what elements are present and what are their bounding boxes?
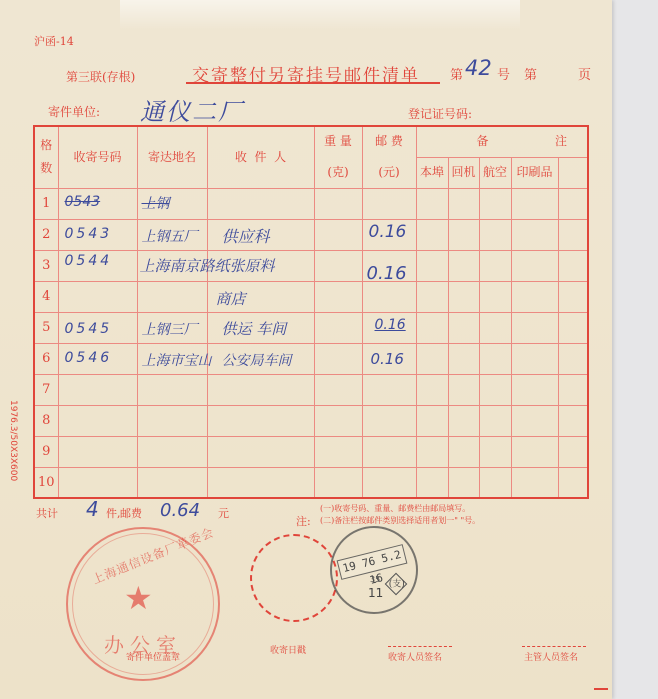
row-index: 6	[34, 343, 58, 374]
weight-cell[interactable]	[314, 188, 362, 219]
header-destination: 寄达地名	[137, 126, 207, 188]
remark-local-cell[interactable]	[416, 436, 448, 467]
remark-airmail-cell[interactable]	[479, 281, 511, 312]
weight-cell[interactable]	[314, 219, 362, 250]
weight-cell[interactable]	[314, 467, 362, 498]
list-number-suffix: 号	[497, 64, 510, 83]
sender-unit-label: 寄件单位:	[48, 103, 100, 120]
remark-blank-cell[interactable]	[558, 374, 588, 405]
header-remark-airmail: 航空	[479, 157, 511, 188]
recipient-cell[interactable]	[207, 188, 314, 219]
destination-cell[interactable]: 上海市宝山	[137, 343, 207, 374]
destination-cell[interactable]	[137, 436, 207, 467]
tracking-no-cell[interactable]	[58, 281, 137, 312]
manager-signature-label: 主管人员签名	[524, 650, 578, 663]
remark-local-cell[interactable]	[416, 405, 448, 436]
fee-cell[interactable]	[362, 467, 416, 498]
note-item: (一)收寄号码、重量、邮费栏由邮局填写。	[320, 503, 470, 514]
remark-printed-cell[interactable]	[511, 374, 558, 405]
remark-blank-cell[interactable]	[558, 219, 588, 250]
weight-cell[interactable]	[314, 374, 362, 405]
remark-airmail-cell[interactable]	[479, 188, 511, 219]
destination-cell[interactable]: 上钢三厂	[137, 312, 207, 343]
remark-return-cell[interactable]	[448, 436, 479, 467]
list-number-value[interactable]: 42	[465, 56, 492, 80]
tracking-no-cell[interactable]: 0546	[58, 343, 137, 374]
table-row: 3 0544 上海南京路纸张原料 0.16	[34, 250, 588, 281]
star-icon: ★	[124, 579, 153, 617]
fee-cell[interactable]	[362, 374, 416, 405]
registration-label: 登记证号码:	[408, 105, 472, 122]
remark-return-cell[interactable]	[448, 343, 479, 374]
remark-blank-cell[interactable]	[558, 312, 588, 343]
print-run-mark: 1976.3/50X3X600	[8, 400, 18, 481]
remark-blank-cell[interactable]	[558, 436, 588, 467]
recipient-cell[interactable]	[207, 250, 314, 281]
postmark-branch-mark: (支)	[385, 573, 408, 596]
recipient-cell[interactable]: 供运 车间	[207, 312, 314, 343]
total-count[interactable]: 4	[86, 497, 99, 521]
remark-local-cell[interactable]	[416, 219, 448, 250]
remark-printed-cell[interactable]	[511, 436, 558, 467]
remark-return-cell[interactable]	[448, 467, 479, 498]
title-underline	[186, 82, 440, 84]
remark-printed-cell[interactable]	[511, 188, 558, 219]
row-index: 2	[34, 219, 58, 250]
row-index: 1	[34, 188, 58, 219]
table-row: 7	[34, 374, 588, 405]
remark-return-cell[interactable]	[448, 219, 479, 250]
date-stamp-area	[250, 534, 338, 622]
clerk-signature-line[interactable]	[388, 646, 452, 647]
remark-printed-cell[interactable]	[511, 250, 558, 281]
remark-airmail-cell[interactable]	[479, 467, 511, 498]
header-remark-blank	[558, 157, 588, 188]
remark-return-cell[interactable]	[448, 405, 479, 436]
postmark-sub: 35	[370, 575, 380, 584]
total-fee-label: 邮费	[120, 505, 142, 521]
recipient-cell[interactable]	[207, 405, 314, 436]
weight-cell[interactable]	[314, 250, 362, 281]
header-remark-return: 回机	[448, 157, 479, 188]
row-index: 9	[34, 436, 58, 467]
table-row: 10	[34, 467, 588, 498]
weight-cell[interactable]	[314, 343, 362, 374]
table-row: 6 0546 上海市宝山 公安局车间 0.16	[34, 343, 588, 374]
fee-cell[interactable]: 0.16	[362, 343, 416, 374]
corner-mark	[594, 688, 608, 690]
remark-blank-cell[interactable]	[558, 405, 588, 436]
remark-blank-cell[interactable]	[558, 467, 588, 498]
weight-cell[interactable]	[314, 312, 362, 343]
note-item: (二)备注栏按邮件类别选择适用者划一" "号。	[320, 515, 480, 526]
remark-airmail-cell[interactable]	[479, 312, 511, 343]
table-row: 8	[34, 405, 588, 436]
table-row: 4 商店	[34, 281, 588, 312]
total-fee-value[interactable]: 0.64	[160, 500, 200, 521]
row-index: 10	[34, 467, 58, 498]
mail-list-table: 格数 收寄号码 寄达地名 收 件 人 重 量 邮 费 备 注 (克) (元) 本…	[33, 125, 589, 499]
destination-cell[interactable]: 上海南京路纸张原料	[137, 250, 207, 281]
remark-printed-cell[interactable]	[511, 281, 558, 312]
date-stamp-label: 收寄日戳	[270, 643, 306, 656]
remark-return-cell[interactable]	[448, 374, 479, 405]
manager-signature-line[interactable]	[522, 646, 586, 647]
destination-cell[interactable]	[137, 467, 207, 498]
fee-cell[interactable]	[362, 188, 416, 219]
fee-cell[interactable]	[362, 436, 416, 467]
remark-local-cell[interactable]	[416, 188, 448, 219]
page-suffix: 页	[578, 64, 591, 83]
postal-form-paper: 沪函-14 第三联(存根) 交寄整付另寄挂号邮件清单 第 42 号 第 页 寄件…	[0, 0, 612, 699]
tracking-no-cell[interactable]: 0543	[58, 188, 137, 219]
fee-cell[interactable]: 0.16	[362, 250, 416, 281]
remark-local-cell[interactable]	[416, 312, 448, 343]
sender-unit-value[interactable]: 通仪二厂	[140, 92, 244, 127]
remark-airmail-cell[interactable]	[479, 250, 511, 281]
remark-printed-cell[interactable]	[511, 343, 558, 374]
remark-airmail-cell[interactable]	[479, 436, 511, 467]
sender-seal-label: 寄件单位盖章	[126, 650, 180, 663]
postmark: 19 76 5.2 16 35 11 (支)	[330, 526, 418, 614]
remark-local-cell[interactable]	[416, 281, 448, 312]
fee-cell[interactable]	[362, 281, 416, 312]
total-count-unit: 件,	[106, 505, 121, 521]
remark-airmail-cell[interactable]	[479, 343, 511, 374]
header-fee: 邮 费	[362, 126, 416, 157]
remark-return-cell[interactable]	[448, 250, 479, 281]
recipient-cell[interactable]: 商店	[207, 281, 314, 312]
form-code: 沪函-14	[34, 33, 74, 49]
table-row: 9	[34, 436, 588, 467]
header-index: 格数	[34, 126, 58, 188]
header-weight-unit: (克)	[314, 157, 362, 188]
postmark-code: 11	[368, 586, 383, 600]
remark-printed-cell[interactable]	[511, 467, 558, 498]
row-index: 3	[34, 250, 58, 281]
recipient-cell[interactable]	[207, 374, 314, 405]
table-row: 5 0545 上钢三厂 供运 车间 0.16	[34, 312, 588, 343]
remark-blank-cell[interactable]	[558, 188, 588, 219]
recipient-cell[interactable]	[207, 467, 314, 498]
remark-printed-cell[interactable]	[511, 312, 558, 343]
remark-return-cell[interactable]	[448, 281, 479, 312]
destination-cell[interactable]: 上钢	[137, 188, 207, 219]
header-tracking-no: 收寄号码	[58, 126, 137, 188]
fee-cell[interactable]: 0.16	[362, 219, 416, 250]
remark-blank-cell[interactable]	[558, 343, 588, 374]
remark-return-cell[interactable]	[448, 312, 479, 343]
tracking-no-cell[interactable]	[58, 374, 137, 405]
clerk-signature-label: 收寄人员签名	[388, 650, 442, 663]
fee-cell[interactable]: 0.16	[362, 312, 416, 343]
notes-label: 注:	[296, 513, 311, 529]
table-row: 1 0543 上钢	[34, 188, 588, 219]
paper-crease	[120, 0, 520, 30]
recipient-cell[interactable]: 供应科	[207, 219, 314, 250]
recipient-cell[interactable]	[207, 436, 314, 467]
row-index: 5	[34, 312, 58, 343]
destination-cell[interactable]	[137, 405, 207, 436]
weight-cell[interactable]	[314, 436, 362, 467]
remark-local-cell[interactable]	[416, 343, 448, 374]
header-weight: 重 量	[314, 126, 362, 157]
destination-cell[interactable]	[137, 281, 207, 312]
remark-airmail-cell[interactable]	[479, 405, 511, 436]
tracking-no-cell[interactable]: 0543	[58, 219, 137, 250]
tracking-no-cell[interactable]	[58, 467, 137, 498]
remark-local-cell[interactable]	[416, 250, 448, 281]
remark-return-cell[interactable]	[448, 188, 479, 219]
tracking-no-cell[interactable]	[58, 436, 137, 467]
copy-label: 第三联(存根)	[66, 68, 135, 85]
weight-cell[interactable]	[314, 281, 362, 312]
header-remark-printed: 印刷品	[511, 157, 558, 188]
header-remark-local: 本埠	[416, 157, 448, 188]
row-index: 8	[34, 405, 58, 436]
remark-printed-cell[interactable]	[511, 405, 558, 436]
total-fee-unit: 元	[218, 505, 229, 521]
tracking-no-cell[interactable]	[58, 405, 137, 436]
remark-blank-cell[interactable]	[558, 281, 588, 312]
destination-cell[interactable]: 上钢五厂	[137, 219, 207, 250]
header-remarks: 备 注	[416, 126, 588, 157]
header-recipient: 收 件 人	[207, 126, 314, 188]
list-number-prefix: 第	[450, 64, 463, 83]
remark-airmail-cell[interactable]	[479, 374, 511, 405]
weight-cell[interactable]	[314, 405, 362, 436]
destination-cell[interactable]	[137, 374, 207, 405]
row-index: 4	[34, 281, 58, 312]
tracking-no-cell[interactable]: 0545	[58, 312, 137, 343]
recipient-cell[interactable]: 公安局车间	[207, 343, 314, 374]
remark-blank-cell[interactable]	[558, 250, 588, 281]
total-label: 共计	[36, 505, 58, 521]
header-fee-unit: (元)	[362, 157, 416, 188]
tracking-no-cell[interactable]: 0544	[58, 250, 137, 281]
table-row: 2 0543 上钢五厂 供应科 0.16	[34, 219, 588, 250]
fee-cell[interactable]	[362, 405, 416, 436]
remark-local-cell[interactable]	[416, 374, 448, 405]
row-index: 7	[34, 374, 58, 405]
remark-local-cell[interactable]	[416, 467, 448, 498]
page-prefix: 第	[524, 64, 537, 83]
remark-airmail-cell[interactable]	[479, 219, 511, 250]
remark-printed-cell[interactable]	[511, 219, 558, 250]
